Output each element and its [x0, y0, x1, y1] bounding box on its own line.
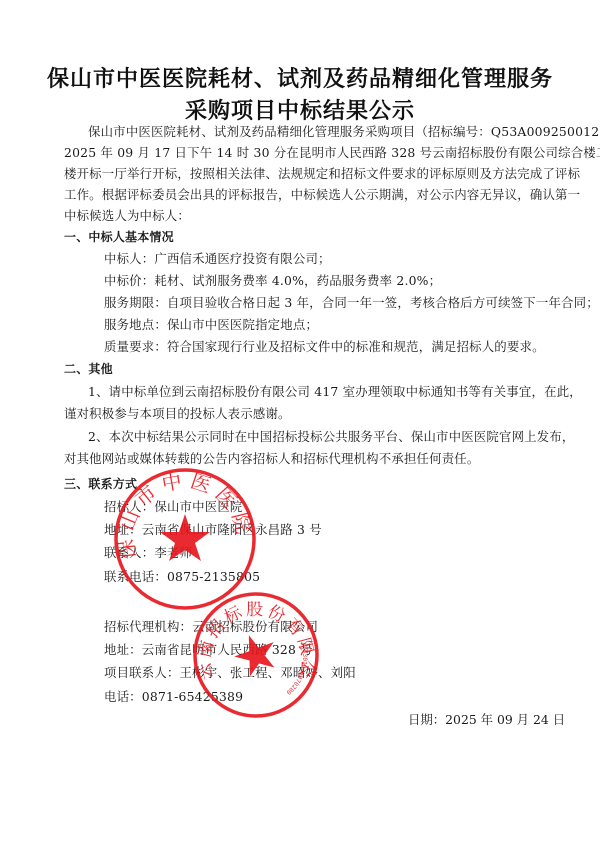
- service-period: 服务期限：自项目验收合格日起 3 年，合同一年一签，考核合格后方可续签下一年合同…: [104, 295, 599, 311]
- tenderer-name: 招标人：保山市中医医院: [104, 499, 243, 515]
- publish-date: 日期：2025 年 09 月 24 日: [408, 710, 565, 728]
- other-para1-line: 1、请中标单位到云南招标股份有限公司 417 室办理领取中标通知书等有关事宜，在…: [88, 384, 582, 400]
- other-para1-line: 谨对积极参与本项目的投标人表示感谢。: [64, 406, 291, 422]
- section-heading-winner: 一、中标人基本情况: [64, 229, 174, 245]
- service-location: 服务地点：保山市中医医院指定地点；: [104, 317, 318, 333]
- quality-requirement: 质量要求：符合国家现行行业及招标文件中的标准和规范，满足招标人的要求。: [104, 339, 545, 355]
- winner-price: 中标价：耗材、试剂服务费率 4.0%，药品服务费率 2.0%；: [104, 273, 441, 289]
- agency-address: 地址：云南省昆明市人民西路 328 号: [104, 642, 313, 658]
- tenderer-contact: 联系人：李老师: [104, 545, 192, 561]
- other-para2-line: 对其他网站或媒体转载的公告内容招标人和招标代理机构不承担任何责任。: [64, 451, 480, 467]
- agency-name: 招标代理机构：云南招标股份有限公司: [104, 619, 318, 635]
- page-title-line-2: 采购项目中标结果公示: [0, 94, 600, 125]
- tenderer-phone: 联系电话：0875-2135805: [104, 569, 260, 585]
- agency-contacts: 项目联系人：王彬宇、张工程、邓昭婷、刘阳: [104, 665, 356, 681]
- section-heading-other: 二、其他: [64, 361, 113, 377]
- tenderer-address: 地址：云南省保山市隆阳区永昌路 3 号: [104, 522, 322, 538]
- section-heading-contact: 三、联系方式: [64, 476, 137, 492]
- agency-phone: 电话：0871-65425389: [104, 689, 243, 705]
- page-title-line-1: 保山市中医医院耗材、试剂及药品精细化管理服务: [0, 62, 600, 93]
- intro-line: 中标候选人为中标人：: [64, 208, 190, 224]
- intro-line: 工作。根据评标委员会出具的评标报告，中标候选人公示期满，对公示内容无异议，确认第…: [64, 187, 580, 203]
- winner-name: 中标人：广西信禾通医疗投资有限公司；: [104, 251, 331, 267]
- intro-line: 保山市中医医院耗材、试剂及药品精细化管理服务采购项目（招标编号：Q53A0092…: [88, 124, 600, 140]
- intro-line: 2025 年 09 月 17 日下午 14 时 30 分在昆明市人民西路 328…: [64, 145, 600, 161]
- other-para2-line: 2、本次中标结果公示同时在中国招标投标公共服务平台、保山市中医医院官网上发布，: [88, 429, 575, 445]
- intro-line: 楼开标一厅举行开标，按照相关法律、法规规定和招标文件要求的评标原则及方法完成了评…: [64, 166, 580, 182]
